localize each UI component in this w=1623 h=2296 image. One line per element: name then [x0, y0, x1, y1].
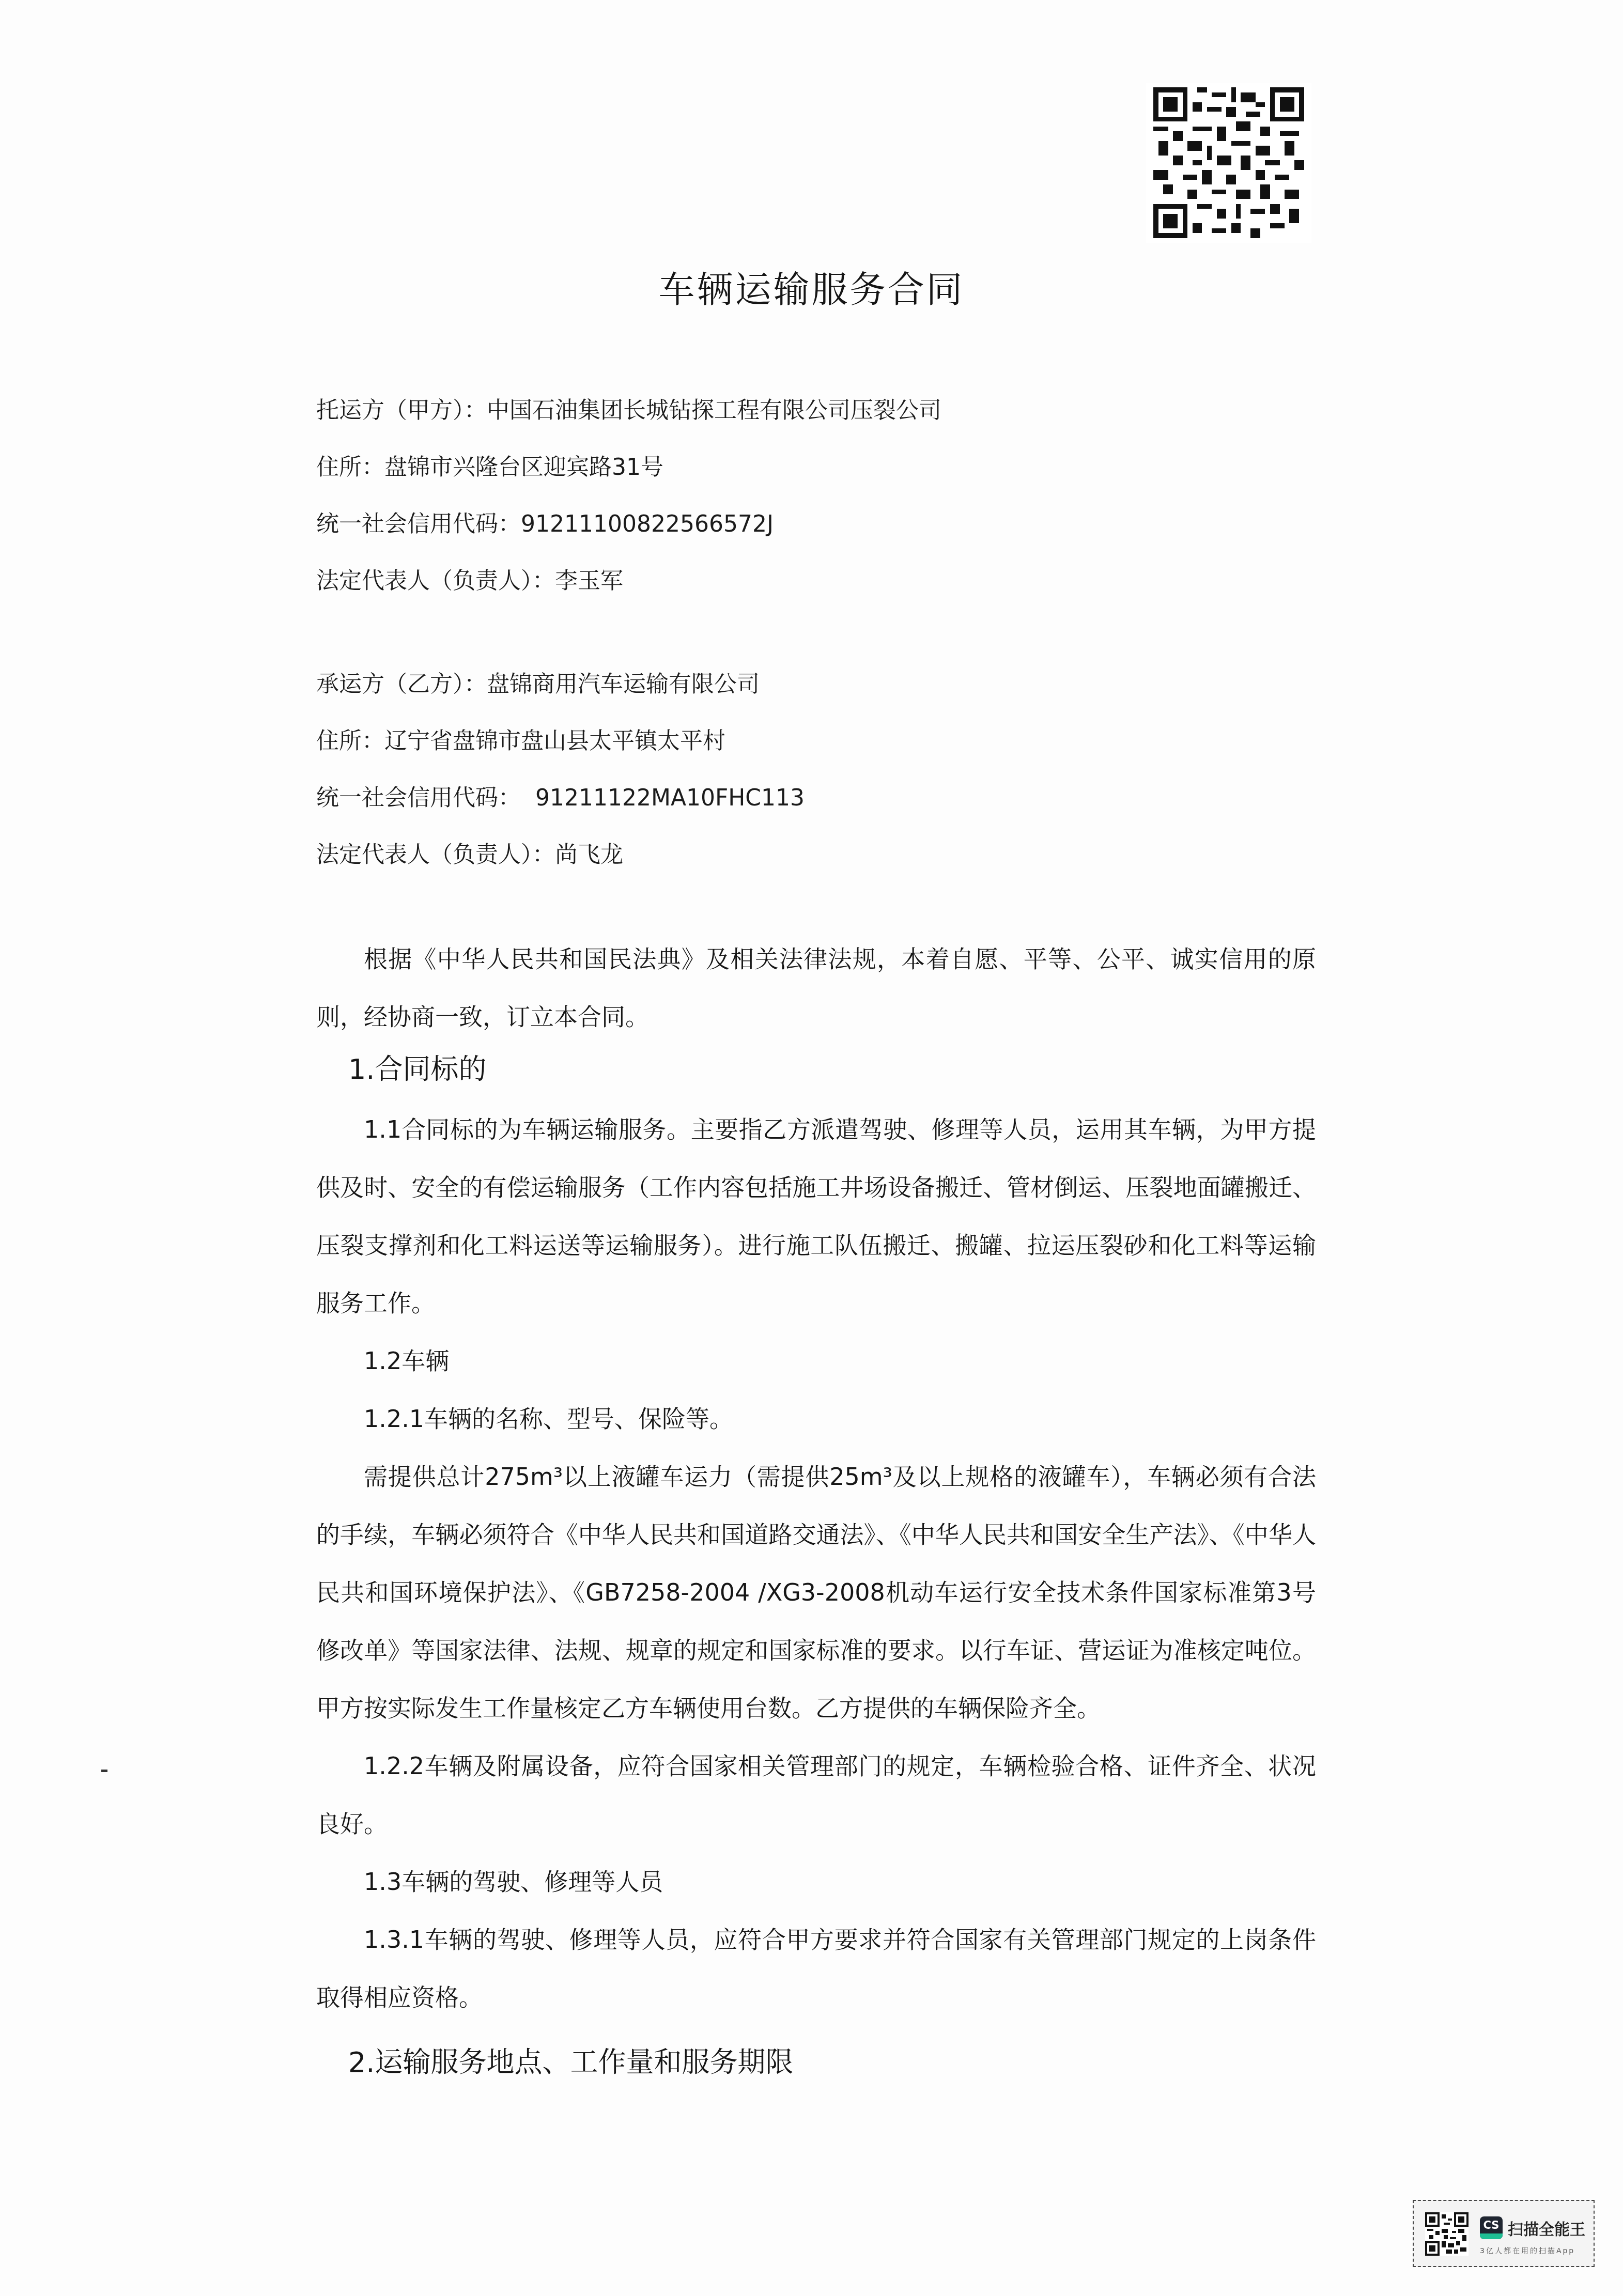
section-2-heading: 2.运输服务地点、工作量和服务期限: [316, 2031, 1316, 2093]
section-1-heading: 1.合同标的: [316, 1038, 1316, 1100]
party-a-credit-code-label: 统一社会信用代码：: [316, 511, 521, 537]
camscanner-watermark: CS 扫描全能王 3亿人都在用的扫描App: [1413, 2200, 1595, 2267]
party-a-role-label: 托运方（甲方）：: [316, 397, 487, 424]
intro-paragraph: 根据《中华人民共和国民法典》及相关法律法规，本着自愿、平等、公平、诚实信用的原则…: [316, 930, 1316, 1046]
party-a-representative-line: 法定代表人（负责人）：李玉军: [316, 553, 941, 610]
party-b-credit-code-line: 统一社会信用代码： 91211122MA10FHC113: [316, 770, 805, 827]
party-a-credit-code-line: 统一社会信用代码：91211100822566572J: [316, 496, 941, 553]
document-title: 车辆运输服务合同: [0, 261, 1623, 313]
camscanner-brand: 扫描全能王: [1508, 2216, 1585, 2239]
clause-1-2-1-body: 需提供总计275m³以上液罐车运力（需提供25m³及以上规格的液罐车），车辆必须…: [316, 1448, 1316, 1737]
party-a-address-label: 住所：: [316, 454, 384, 480]
party-b-address-label: 住所：: [316, 728, 384, 754]
camscanner-logo-icon: CS: [1480, 2216, 1503, 2239]
intro-block: 根据《中华人民共和国民法典》及相关法律法规，本着自愿、平等、公平、诚实信用的原则…: [316, 930, 1316, 1046]
margin-mark: [101, 1770, 107, 1772]
clause-1-1: 1.1合同标的为车辆运输服务。主要指乙方派遣驾驶、修理等人员，运用其车辆，为甲方…: [316, 1100, 1316, 1332]
party-b-credit-code: 91211122MA10FHC113: [521, 785, 805, 811]
clause-1-2-1-heading: 1.2.1车辆的名称、型号、保险等。: [316, 1390, 1316, 1448]
camscanner-logo-text: CS: [1480, 2219, 1503, 2231]
contract-sections: 1.合同标的 1.1合同标的为车辆运输服务。主要指乙方派遣驾驶、修理等人员，运用…: [316, 1038, 1316, 2093]
party-b-representative-label: 法定代表人（负责人）：: [316, 842, 555, 868]
party-b-name: 盘锦商用汽车运输有限公司: [487, 671, 760, 697]
party-b-address: 辽宁省盘锦市盘山县太平镇太平村: [384, 728, 725, 754]
clause-1-2-heading: 1.2车辆: [316, 1332, 1316, 1390]
watermark-qr-icon: [1425, 2212, 1469, 2256]
party-b-address-line: 住所：辽宁省盘锦市盘山县太平镇太平村: [316, 713, 805, 770]
party-a-name-line: 托运方（甲方）：中国石油集团长城钻探工程有限公司压裂公司: [316, 382, 941, 439]
party-b-representative-line: 法定代表人（负责人）：尚飞龙: [316, 827, 805, 883]
party-a-address: 盘锦市兴隆台区迎宾路31号: [384, 454, 663, 480]
party-a-credit-code: 91211100822566572J: [521, 511, 774, 537]
clause-1-3-1: 1.3.1车辆的驾驶、修理等人员，应符合甲方要求并符合国家有关管理部门规定的上岗…: [316, 1911, 1316, 2026]
qr-code-icon: [1146, 83, 1311, 243]
clause-1-2-2: 1.2.2车辆及附属设备，应符合国家相关管理部门的规定，车辆检验合格、证件齐全、…: [316, 1737, 1316, 1853]
clause-1-3-heading: 1.3车辆的驾驶、修理等人员: [316, 1853, 1316, 1911]
qr-code: [1146, 83, 1311, 243]
party-a-representative-label: 法定代表人（负责人）：: [316, 568, 555, 594]
party-a-representative: 李玉军: [555, 568, 623, 594]
party-b-credit-code-label: 统一社会信用代码：: [316, 785, 521, 811]
party-b-role-label: 承运方（乙方）：: [316, 671, 487, 697]
party-b-block: 承运方（乙方）：盘锦商用汽车运输有限公司 住所：辽宁省盘锦市盘山县太平镇太平村 …: [316, 656, 805, 883]
party-a-block: 托运方（甲方）：中国石油集团长城钻探工程有限公司压裂公司 住所：盘锦市兴隆台区迎…: [316, 382, 941, 610]
party-a-name: 中国石油集团长城钻探工程有限公司压裂公司: [487, 397, 941, 424]
scanned-page: 车辆运输服务合同 托运方（甲方）：中国石油集团长城钻探工程有限公司压裂公司 住所…: [0, 0, 1623, 2296]
party-b-representative: 尚飞龙: [555, 842, 623, 868]
party-b-name-line: 承运方（乙方）：盘锦商用汽车运输有限公司: [316, 656, 805, 713]
camscanner-slogan: 3亿人都在用的扫描App: [1480, 2245, 1575, 2256]
party-a-address-line: 住所：盘锦市兴隆台区迎宾路31号: [316, 439, 941, 496]
